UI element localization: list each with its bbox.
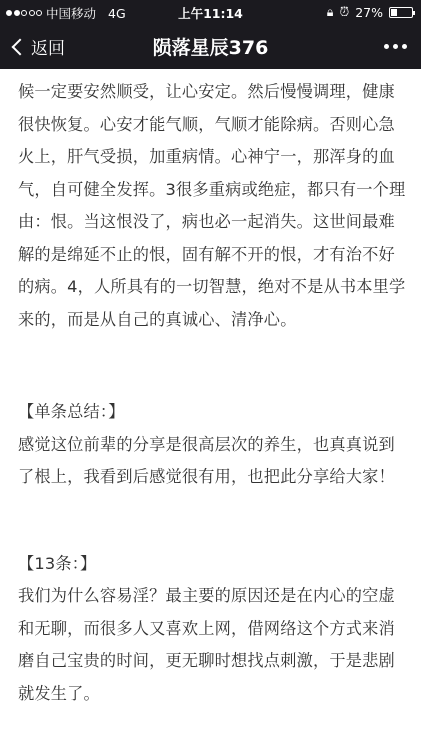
status-bar: 中国移动 4G 上午11:14 🔒︎ ⏰︎ 27% — [0, 0, 421, 24]
paragraph: 感觉这位前辈的分享是很高层次的养生，也真真说到了根上，我看到后感觉很有用，也把此… — [18, 429, 408, 494]
alarm-icon: ⏰︎ — [339, 4, 349, 20]
more-dots-icon — [384, 44, 389, 49]
paragraph: 我们为什么容易淫？最主要的原因还是在内心的空虚和无聊，而很多人又喜欢上网，借网络… — [18, 580, 408, 710]
battery-icon — [389, 7, 413, 18]
battery-percent: 27% — [355, 5, 383, 20]
section-heading: 【单条总结：】 — [18, 396, 408, 429]
nav-bar: 返回 陨落星辰376 — [0, 24, 421, 69]
section-heading: 【13条：】 — [18, 548, 408, 581]
rotation-lock-icon: 🔒︎ — [327, 4, 334, 20]
more-button[interactable] — [384, 44, 407, 49]
article-content: 候一定要安然顺受，让心安定。然后慢慢调理，健康很快恢复。心安才能气顺，气顺才能除… — [18, 76, 408, 710]
status-right: 🔒︎ ⏰︎ 27% — [327, 4, 413, 20]
paragraph: 候一定要安然顺受，让心安定。然后慢慢调理，健康很快恢复。心安才能气顺，气顺才能除… — [18, 76, 408, 336]
page-title: 陨落星辰376 — [0, 33, 421, 60]
